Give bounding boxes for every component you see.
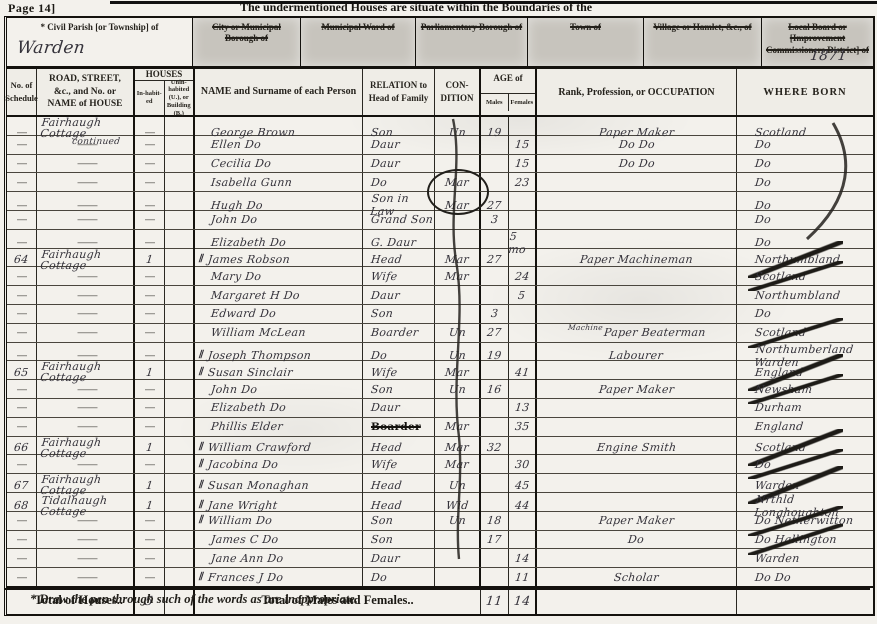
table-row: ————Edward DoSon3Do — [7, 305, 873, 324]
cell-relation: Boarder — [363, 418, 435, 436]
table-row: ————⫽Jacobina DoWifeMar30Do — [7, 455, 873, 474]
enumerator-tick-mark: ⫽ — [199, 349, 204, 362]
table-row: ————Isabella GunnDoMar23Do — [7, 173, 873, 192]
cell-occupation: Do Do — [537, 136, 737, 154]
cell-condition: Mar — [435, 267, 481, 285]
table-row: ————⫽Joseph ThompsonDoUn19LabourerNorthu… — [7, 343, 873, 362]
cell-age-males — [481, 136, 509, 154]
inserted-word: Machine — [567, 323, 603, 332]
total-males-value: 11 — [481, 588, 509, 614]
cell-inhabited: — — [135, 549, 165, 567]
footnote-rule — [4, 588, 870, 590]
cell-age-males — [481, 568, 509, 586]
cell-age-males: 16 — [481, 380, 509, 398]
cell-where-born: Warden — [737, 549, 873, 567]
cell-road: —— — [37, 512, 135, 530]
cell-age-females: 5 — [509, 286, 537, 304]
cell-schedule: — — [7, 455, 37, 473]
cell-where-born: Durham — [737, 399, 873, 417]
cell-relation: Daur — [363, 136, 435, 154]
header-road: ROAD, STREET, &c., and No. or NAME of HO… — [37, 69, 135, 115]
location-box-handwritten-value: Warden — [16, 38, 86, 58]
cell-schedule: — — [7, 568, 37, 586]
cell-road: —— — [37, 531, 135, 549]
location-box-label: Town of — [531, 20, 640, 33]
cell-condition: Un — [435, 324, 481, 342]
cell-uninhabited — [165, 267, 195, 285]
cell-relation: Son — [363, 512, 435, 530]
location-box: Local Board or [Improvement Commissioner… — [762, 18, 873, 66]
cell-relation: Do — [363, 173, 435, 191]
cell-uninhabited — [165, 173, 195, 191]
table-row: ————Mary DoWifeMar24Scotland — [7, 267, 873, 286]
cell-road: —— — [37, 211, 135, 229]
cell-schedule: — — [7, 512, 37, 530]
cell-inhabited: — — [135, 267, 165, 285]
cell-schedule: — — [7, 136, 37, 154]
table-row: 68Tidalhaugh Cottage1⫽Jane WrightHeadWid… — [7, 493, 873, 512]
rows-container: —Fairhaugh Cottagecontinued—George Brown… — [7, 117, 873, 588]
cell-name: John Do — [195, 380, 363, 398]
cell-occupation: Scholar — [537, 568, 737, 586]
cell-name: Cecilia Do — [195, 155, 363, 173]
cell-age-males — [481, 399, 509, 417]
cell-uninhabited — [165, 549, 195, 567]
cell-occupation — [537, 211, 737, 229]
cell-where-born: Northumbland — [737, 286, 873, 304]
cell-age-males: 17 — [481, 531, 509, 549]
cell-schedule: — — [7, 173, 37, 191]
cell-where-born: Do — [737, 211, 873, 229]
cell-occupation — [537, 549, 737, 567]
cell-where-born: Do — [737, 155, 873, 173]
table-row: ————Margaret H DoDaur5Northumbland — [7, 286, 873, 305]
cell-relation: Wife — [363, 455, 435, 473]
cell-road: —— — [37, 286, 135, 304]
location-box: City or Municipal Borough of — [193, 18, 301, 66]
cell-name: ⫽William Do — [195, 512, 363, 530]
location-box: * Civil Parish [or Township] ofWarden — [7, 18, 193, 66]
census-table: * Civil Parish [or Township] ofWardenCit… — [4, 16, 875, 616]
cell-name: Elizabeth Do — [195, 399, 363, 417]
cell-inhabited: — — [135, 531, 165, 549]
cell-uninhabited — [165, 455, 195, 473]
cell-age-females: 15 — [509, 155, 537, 173]
cell-inhabited: — — [135, 211, 165, 229]
cell-condition: Mar — [435, 173, 481, 191]
header-age-females: Females — [509, 94, 536, 111]
cell-road: —— — [37, 568, 135, 586]
header-name: NAME and Surname of each Person — [195, 69, 363, 115]
cell-where-born: Do — [737, 305, 873, 323]
cell-age-males: 18 — [481, 512, 509, 530]
total-born-blank — [737, 588, 873, 614]
cell-age-males — [481, 155, 509, 173]
enumerator-tick-mark: ⫽ — [199, 253, 204, 266]
cell-uninhabited — [165, 211, 195, 229]
table-row: —Fairhaugh Cottagecontinued—George Brown… — [7, 117, 873, 136]
cell-condition: Mar — [435, 455, 481, 473]
location-box-label: Municipal Ward of — [304, 20, 412, 33]
cell-occupation — [537, 305, 737, 323]
cell-occupation: MachinePaper Beaterman — [537, 324, 737, 342]
table-row: ————Elizabeth DoG. Daur5 moDo — [7, 230, 873, 249]
cell-inhabited: — — [135, 399, 165, 417]
cell-road: —— — [37, 418, 135, 436]
cell-condition — [435, 399, 481, 417]
cell-age-females — [509, 531, 537, 549]
cell-occupation — [537, 399, 737, 417]
cell-uninhabited — [165, 286, 195, 304]
cell-schedule: — — [7, 286, 37, 304]
cell-name: William McLean — [195, 324, 363, 342]
table-row: ————John DoSonUn16Paper MakerNewsham — [7, 380, 873, 399]
cell-age-females: 30 — [509, 455, 537, 473]
cell-condition: Un — [435, 512, 481, 530]
cell-condition: Mar — [435, 418, 481, 436]
handwritten-year: 1871 — [809, 48, 848, 64]
cell-where-born: England — [737, 418, 873, 436]
cell-where-born: Do Do — [737, 568, 873, 586]
cell-inhabited: — — [135, 380, 165, 398]
cell-schedule: — — [7, 549, 37, 567]
enumerator-tick-mark: ⫽ — [199, 479, 204, 492]
table-row: ————Cecilia DoDaur15Do DoDo — [7, 155, 873, 174]
location-box-label: Village or Hamlet, &c., of — [647, 20, 758, 33]
cell-relation: Grand Son — [363, 211, 435, 229]
cell-schedule: — — [7, 267, 37, 285]
table-body: —Fairhaugh Cottagecontinued—George Brown… — [7, 117, 873, 588]
cell-schedule: — — [7, 418, 37, 436]
cell-name: Isabella Gunn — [195, 173, 363, 191]
cell-uninhabited — [165, 568, 195, 586]
cell-age-females — [509, 512, 537, 530]
table-row: 65Fairhaugh Cottage1⫽Susan SinclairWifeM… — [7, 361, 873, 380]
table-row: ————Elizabeth DoDaur13Durham — [7, 399, 873, 418]
cell-relation: Wife — [363, 267, 435, 285]
cell-age-females: 13 — [509, 399, 537, 417]
cell-road: —— — [37, 267, 135, 285]
table-row: ————William McLeanBoarderUn27MachinePape… — [7, 324, 873, 343]
header-condition: CON-DITION — [435, 69, 481, 115]
cell-age-males — [481, 418, 509, 436]
cell-age-females — [509, 211, 537, 229]
cell-relation: Daur — [363, 399, 435, 417]
table-row: 64Fairhaugh Cottage1⫽James RobsonHeadMar… — [7, 249, 873, 268]
cell-inhabited: — — [135, 324, 165, 342]
location-box-label: Parliamentary Borough of — [419, 20, 524, 33]
cell-occupation: Do — [537, 531, 737, 549]
table-row: ————⫽Frances J DoDo11ScholarDo Do — [7, 568, 873, 588]
cell-occupation — [537, 455, 737, 473]
cell-relation: Son — [363, 531, 435, 549]
cell-relation: Boarder — [363, 324, 435, 342]
cell-where-born: Do Netherwitton — [737, 512, 873, 530]
column-header-row: No. of Schedule ROAD, STREET, &c., and N… — [7, 69, 873, 117]
cell-age-females: 14 — [509, 549, 537, 567]
cell-where-born: Scotland — [737, 324, 873, 342]
cell-inhabited: — — [135, 155, 165, 173]
cell-schedule: — — [7, 305, 37, 323]
cell-name: Margaret H Do — [195, 286, 363, 304]
header-relation: RELATION to Head of Family — [363, 69, 435, 115]
cell-age-males: 3 — [481, 305, 509, 323]
cell-name: ⫽Jacobina Do — [195, 455, 363, 473]
table-row: ————⫽William DoSonUn18Paper MakerDo Neth… — [7, 512, 873, 531]
cell-age-males: 3 — [481, 211, 509, 229]
cell-name: Ellen Do — [195, 136, 363, 154]
cell-occupation: Paper Maker — [537, 512, 737, 530]
footnote: * Draw the pen through such of the words… — [30, 592, 358, 607]
cell-occupation — [537, 286, 737, 304]
cell-uninhabited — [165, 531, 195, 549]
total-occupation-blank — [537, 588, 737, 614]
enumerator-tick-mark: ⫽ — [199, 366, 204, 379]
cell-relation: Daur — [363, 155, 435, 173]
location-box: Village or Hamlet, &c., of — [644, 18, 762, 66]
header-inhabited: In-habit-ed — [135, 81, 165, 115]
cell-uninhabited — [165, 136, 195, 154]
cell-inhabited: — — [135, 305, 165, 323]
cell-name: Phillis Elder — [195, 418, 363, 436]
cell-where-born: Do — [737, 173, 873, 191]
cell-uninhabited — [165, 418, 195, 436]
table-row: ————James C DoSon17DoDo Hallington — [7, 531, 873, 550]
top-strip: Page 14] The undermentioned Houses are s… — [0, 0, 877, 16]
cell-name: ⫽Frances J Do — [195, 568, 363, 586]
cell-inhabited: — — [135, 286, 165, 304]
cell-inhabited: — — [135, 418, 165, 436]
cell-occupation: Paper Maker — [537, 380, 737, 398]
cell-age-males — [481, 286, 509, 304]
cell-road: —— — [37, 173, 135, 191]
cell-age-males — [481, 549, 509, 567]
cell-name: Edward Do — [195, 305, 363, 323]
cell-uninhabited — [165, 399, 195, 417]
cell-condition — [435, 549, 481, 567]
enumerator-tick-mark: ⫽ — [199, 458, 204, 471]
header-occupation: Rank, Profession, or OCCUPATION — [537, 69, 737, 115]
cell-where-born: Do Hallington — [737, 531, 873, 549]
cell-schedule: — — [7, 531, 37, 549]
cell-age-males: 27 — [481, 324, 509, 342]
cell-condition: Un — [435, 380, 481, 398]
table-row: ————John DoGrand Son3Do — [7, 211, 873, 230]
enumerator-tick-mark: ⫽ — [199, 441, 204, 454]
header-uninhabited: Unin-habited (U.), or Building (B.) — [165, 81, 194, 115]
cell-condition — [435, 211, 481, 229]
cell-road: —— — [37, 380, 135, 398]
header-where-born: WHERE BORN — [737, 69, 873, 115]
cell-occupation — [537, 173, 737, 191]
location-box-label: City or Municipal Borough of — [196, 20, 297, 45]
cell-condition — [435, 568, 481, 586]
cell-schedule: — — [7, 380, 37, 398]
enumerator-tick-mark: ⫽ — [199, 514, 204, 527]
header-houses: HOUSES In-habit-ed Unin-habited (U.), or… — [135, 69, 195, 115]
cell-uninhabited — [165, 324, 195, 342]
cell-road: —— — [37, 155, 135, 173]
cell-age-males — [481, 455, 509, 473]
location-box: Town of — [528, 18, 644, 66]
header-age-males: Males — [481, 94, 509, 111]
cell-inhabited: — — [135, 568, 165, 586]
cell-name: Jane Ann Do — [195, 549, 363, 567]
table-row: ————Jane Ann DoDaur14Warden — [7, 549, 873, 568]
cell-condition — [435, 155, 481, 173]
cell-schedule: — — [7, 155, 37, 173]
cell-relation: Daur — [363, 286, 435, 304]
location-box: Municipal Ward of — [301, 18, 416, 66]
cell-age-females: 11 — [509, 568, 537, 586]
header-age-title: AGE of — [481, 69, 535, 93]
cell-where-born: Scotland — [737, 267, 873, 285]
cell-schedule: — — [7, 211, 37, 229]
cell-road: —— — [37, 136, 135, 154]
cell-condition — [435, 305, 481, 323]
cell-relation: Do — [363, 568, 435, 586]
cell-name: James C Do — [195, 531, 363, 549]
cell-age-females — [509, 324, 537, 342]
table-row: 66Fairhaugh Cottage1⫽William CrawfordHea… — [7, 437, 873, 456]
cell-relation: Son — [363, 380, 435, 398]
table-row: 67Fairhaugh Cottage1⫽Susan MonaghanHeadU… — [7, 474, 873, 493]
cell-name: Mary Do — [195, 267, 363, 285]
cell-road: —— — [37, 549, 135, 567]
enumerator-tick-mark: ⫽ — [199, 571, 204, 584]
total-females-value: 14 — [509, 588, 537, 614]
cell-road: —— — [37, 305, 135, 323]
cell-name: John Do — [195, 211, 363, 229]
cell-age-males — [481, 267, 509, 285]
cell-where-born: Newsham — [737, 380, 873, 398]
cell-occupation — [537, 267, 737, 285]
table-row: ————Ellen DoDaur15Do DoDo — [7, 136, 873, 155]
cell-where-born: Do — [737, 455, 873, 473]
cell-age-males — [481, 173, 509, 191]
cell-uninhabited — [165, 155, 195, 173]
cell-uninhabited — [165, 380, 195, 398]
cell-condition — [435, 531, 481, 549]
cell-inhabited: — — [135, 512, 165, 530]
cell-uninhabited — [165, 512, 195, 530]
cell-occupation — [537, 418, 737, 436]
cell-inhabited: — — [135, 173, 165, 191]
cell-inhabited: — — [135, 455, 165, 473]
page-number-label: Page 14] — [8, 1, 56, 16]
cell-road: —— — [37, 455, 135, 473]
cell-where-born: Do — [737, 136, 873, 154]
cell-inhabited: — — [135, 136, 165, 154]
location-box: Parliamentary Borough of — [416, 18, 528, 66]
cell-schedule: — — [7, 324, 37, 342]
cell-uninhabited — [165, 305, 195, 323]
cell-relation: Daur — [363, 549, 435, 567]
cell-occupation: Do Do — [537, 155, 737, 173]
cell-age-females: 23 — [509, 173, 537, 191]
cell-age-females: 35 — [509, 418, 537, 436]
cell-age-females — [509, 380, 537, 398]
table-row: ————Phillis ElderBoarderMar35England — [7, 418, 873, 437]
page-title: The undermentioned Houses are situate wi… — [240, 0, 592, 15]
cell-age-females: 24 — [509, 267, 537, 285]
cell-relation: Son — [363, 305, 435, 323]
header-age: AGE of Males Females — [481, 69, 537, 115]
cell-condition — [435, 136, 481, 154]
cell-age-females: 15 — [509, 136, 537, 154]
cell-road: —— — [37, 324, 135, 342]
cell-condition — [435, 286, 481, 304]
table-row: ————Hugh DoSon in LawMar27Do — [7, 192, 873, 211]
location-box-label: * Civil Parish [or Township] of — [10, 20, 189, 33]
header-schedule: No. of Schedule — [7, 69, 37, 115]
cell-schedule: — — [7, 399, 37, 417]
enumerator-tick-mark: ⫽ — [199, 499, 204, 512]
location-boxes: * Civil Parish [or Township] ofWardenCit… — [7, 18, 873, 69]
cell-age-females — [509, 305, 537, 323]
census-scanned-page: Page 14] The undermentioned Houses are s… — [0, 0, 877, 624]
cell-road: —— — [37, 399, 135, 417]
